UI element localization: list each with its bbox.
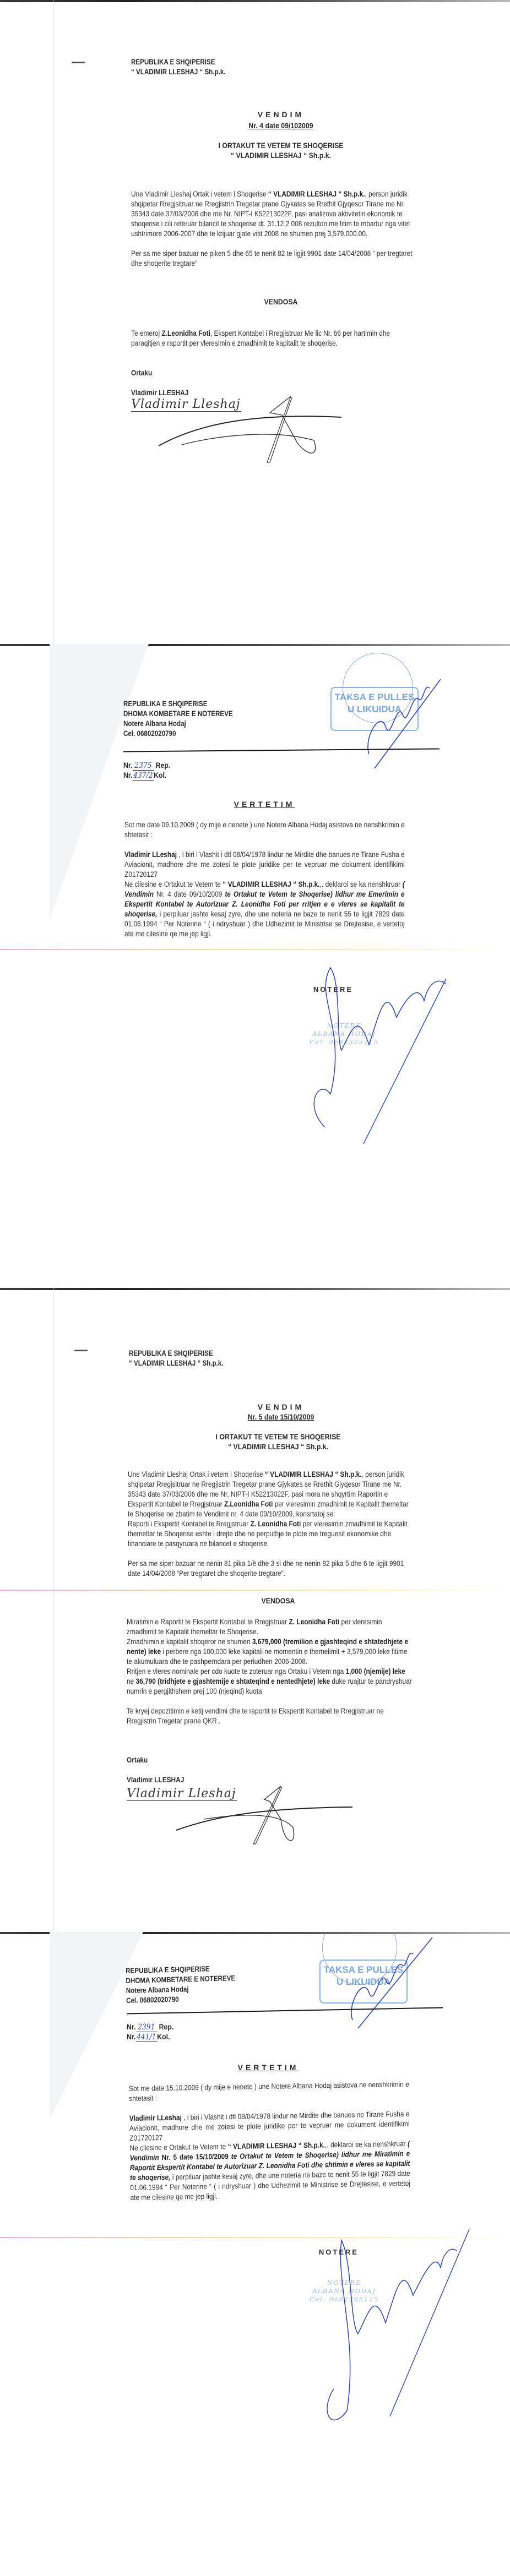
letterhead: REPUBLIKA E SHQIPERISE “ VLADIMIR LLESHA… bbox=[131, 57, 226, 77]
signatory-name: Vladimir LLESHAJ bbox=[131, 389, 188, 397]
decision-content: Miratimin e Raportit te Ekspertit Kontab… bbox=[127, 1617, 413, 1726]
signatory-role: Ortaku bbox=[131, 369, 152, 377]
decision-item-nominal-value: Rritjen e vleres nominale per cdo kuote … bbox=[127, 1667, 413, 1696]
certificate-body: Sot me date 15.10.2009 ( dy mije e nenet… bbox=[129, 2080, 410, 2203]
company-name: “ VLADIMIR LLESHAJ “ Sh.p.k. bbox=[268, 190, 365, 198]
partner-signature bbox=[171, 1786, 358, 1847]
letterhead-phone: Cel. 06802020790 bbox=[123, 729, 233, 739]
letterhead-republic: REPUBLIKA E SHQIPERISE bbox=[123, 699, 233, 709]
page-decision-4: REPUBLIKA E SHQIPERISE “ VLADIMIR LLESHA… bbox=[0, 0, 510, 644]
scan-margin-line bbox=[53, 1288, 53, 1932]
collection-number-line: Nr.437/2Kol. bbox=[123, 771, 166, 781]
decided-heading: VENDOSA bbox=[232, 297, 329, 306]
document-title: VENDIM bbox=[226, 110, 336, 119]
partner-signature bbox=[154, 396, 347, 468]
scan-artifact-band bbox=[0, 1590, 510, 1591]
certificate-intro: Sot me date 09.10.2009 ( dy mije e nenet… bbox=[124, 820, 405, 840]
certification-statement: Ne cilesine e Ortakut te Vetem te “ VLAD… bbox=[129, 2139, 410, 2203]
document-title: VENDIM bbox=[226, 1402, 336, 1411]
punch-mark bbox=[74, 1350, 88, 1351]
notary-stamp-signature bbox=[347, 1938, 435, 2031]
page-notary-certificate-2: REPUBLIKA E SHQIPERISE DHOMA KOMBETARE E… bbox=[0, 1932, 510, 2576]
citizen-details: Vladimir LLeshaj , i biri i Vlashit i dt… bbox=[124, 850, 405, 880]
decision-subtitle-1: I ORTAKUT TE VETEM TE SHOQERISE bbox=[184, 141, 378, 150]
letterhead-company: “ VLADIMIR LLESHAJ “ Sh.p.k. bbox=[131, 67, 226, 77]
repertory-number: 2391 bbox=[135, 2023, 157, 2032]
punch-mark bbox=[72, 62, 85, 63]
decision-intro: Une Vladimir Lleshaj Ortak i vetem i Sho… bbox=[128, 1470, 414, 1579]
certification-statement: Ne cilesine e Ortakut te Vetem te “ VLAD… bbox=[124, 880, 405, 939]
legal-basis-paragraph: Per sa me siper bazuar ne piken 5 dhe 65… bbox=[131, 249, 417, 269]
certificate-body: Sot me date 09.10.2009 ( dy mije e nenet… bbox=[124, 820, 405, 939]
notary-stamp-signature bbox=[363, 677, 446, 771]
citizen-details: Vladimir LLeshaj , i biri i Vlashit i dt… bbox=[129, 2109, 410, 2143]
intro-paragraph: Une Vladimir Lleshaj Ortak i vetem i Sho… bbox=[128, 1470, 414, 1519]
notary-signature bbox=[325, 2229, 474, 2427]
repertory-number: 2375 bbox=[132, 761, 154, 771]
page-notary-certificate-1: REPUBLIKA E SHQIPERISE DHOMA KOMBETARE E… bbox=[0, 644, 510, 1288]
scan-artifact-band bbox=[0, 949, 510, 950]
decision-content: Te emeroj Z.Leonidha Foti, Ekspert Konta… bbox=[131, 329, 417, 348]
letterhead-company: “ VLADIMIR LLESHAJ “ Sh.p.k. bbox=[129, 1358, 224, 1368]
signatory-name: Vladimir LLESHAJ bbox=[127, 1776, 184, 1784]
decision-number: Nr. 5 date 15/10/2009 bbox=[208, 1412, 354, 1421]
report-assessment-paragraph: Raporti i Ekspertit Kontabel te Rregjstr… bbox=[128, 1519, 414, 1549]
notary-signature bbox=[308, 962, 457, 1144]
intro-paragraph: Une Vladimir Lleshaj Ortak i vetem i Sho… bbox=[131, 189, 417, 239]
decision-intro: Une Vladimir Lleshaj Ortak i vetem i Sho… bbox=[131, 189, 417, 269]
notary-letterhead: REPUBLIKA E SHQIPERISE DHOMA KOMBETARE E… bbox=[123, 699, 233, 739]
letterhead: REPUBLIKA E SHQIPERISE “ VLADIMIR LLESHA… bbox=[129, 1349, 224, 1368]
collection-number-line: Nr.441/1Kol. bbox=[127, 2032, 170, 2042]
decision-subtitle-1: I ORTAKUT TE VETEM TE SHOQERISE bbox=[181, 1432, 375, 1441]
decision-subtitle-2: “ VLADIMIR LLESHAJ “ Sh.p.k. bbox=[184, 151, 378, 160]
letterhead-phone: Cel. 06802020790 bbox=[126, 1993, 236, 2006]
decision-item-approval: Miratimin e Raportit te Ekspertit Kontab… bbox=[127, 1617, 413, 1637]
notary-letterhead: REPUBLIKA E SHQIPERISE DHOMA KOMBETARE E… bbox=[126, 1963, 236, 2006]
decision-number: Nr. 4 date 09/102009 bbox=[208, 121, 354, 130]
page-decision-5: REPUBLIKA E SHQIPERISE “ VLADIMIR LLESHA… bbox=[0, 1288, 510, 1932]
repertory-number-line: Nr.2375 Rep. bbox=[123, 761, 170, 771]
collection-number: 441/1 bbox=[135, 2033, 157, 2042]
expert-name: Z.Leonidha Foti bbox=[161, 329, 210, 337]
letterhead-chamber: DHOMA KOMBETARE E NOTEREVE bbox=[123, 709, 233, 719]
letterhead-republic: REPUBLIKA E SHQIPERISE bbox=[129, 1349, 224, 1358]
page-edge bbox=[0, 1288, 510, 1290]
scan-margin-line bbox=[53, 0, 53, 644]
decision-item-capital-increase: Zmadhimin e kapitalit shoqeror ne shumen… bbox=[127, 1637, 413, 1667]
letterhead-republic: REPUBLIKA E SHQIPERISE bbox=[131, 57, 226, 67]
certificate-title: VERTETIM bbox=[209, 800, 319, 809]
page-edge bbox=[0, 0, 510, 2]
collection-number: 437/2 bbox=[132, 771, 154, 781]
decision-item-deposit: Te kryej depozitimin e ketij vendimi dhe… bbox=[127, 1706, 413, 1726]
signatory-role: Ortaku bbox=[127, 1756, 148, 1764]
repertory-number-line: Nr.2391 Rep. bbox=[127, 2022, 173, 2032]
certificate-title: VERTETIM bbox=[213, 2063, 323, 2072]
legal-basis-paragraph: Per sa me siper bazuar ne nenin 81 pika … bbox=[128, 1559, 414, 1579]
decided-heading: VENDOSA bbox=[230, 1596, 327, 1605]
decision-subtitle-2: “ VLADIMIR LLESHAJ “ Sh.p.k. bbox=[181, 1442, 375, 1451]
letterhead-notary: Notere Albana Hodaj bbox=[123, 719, 233, 729]
